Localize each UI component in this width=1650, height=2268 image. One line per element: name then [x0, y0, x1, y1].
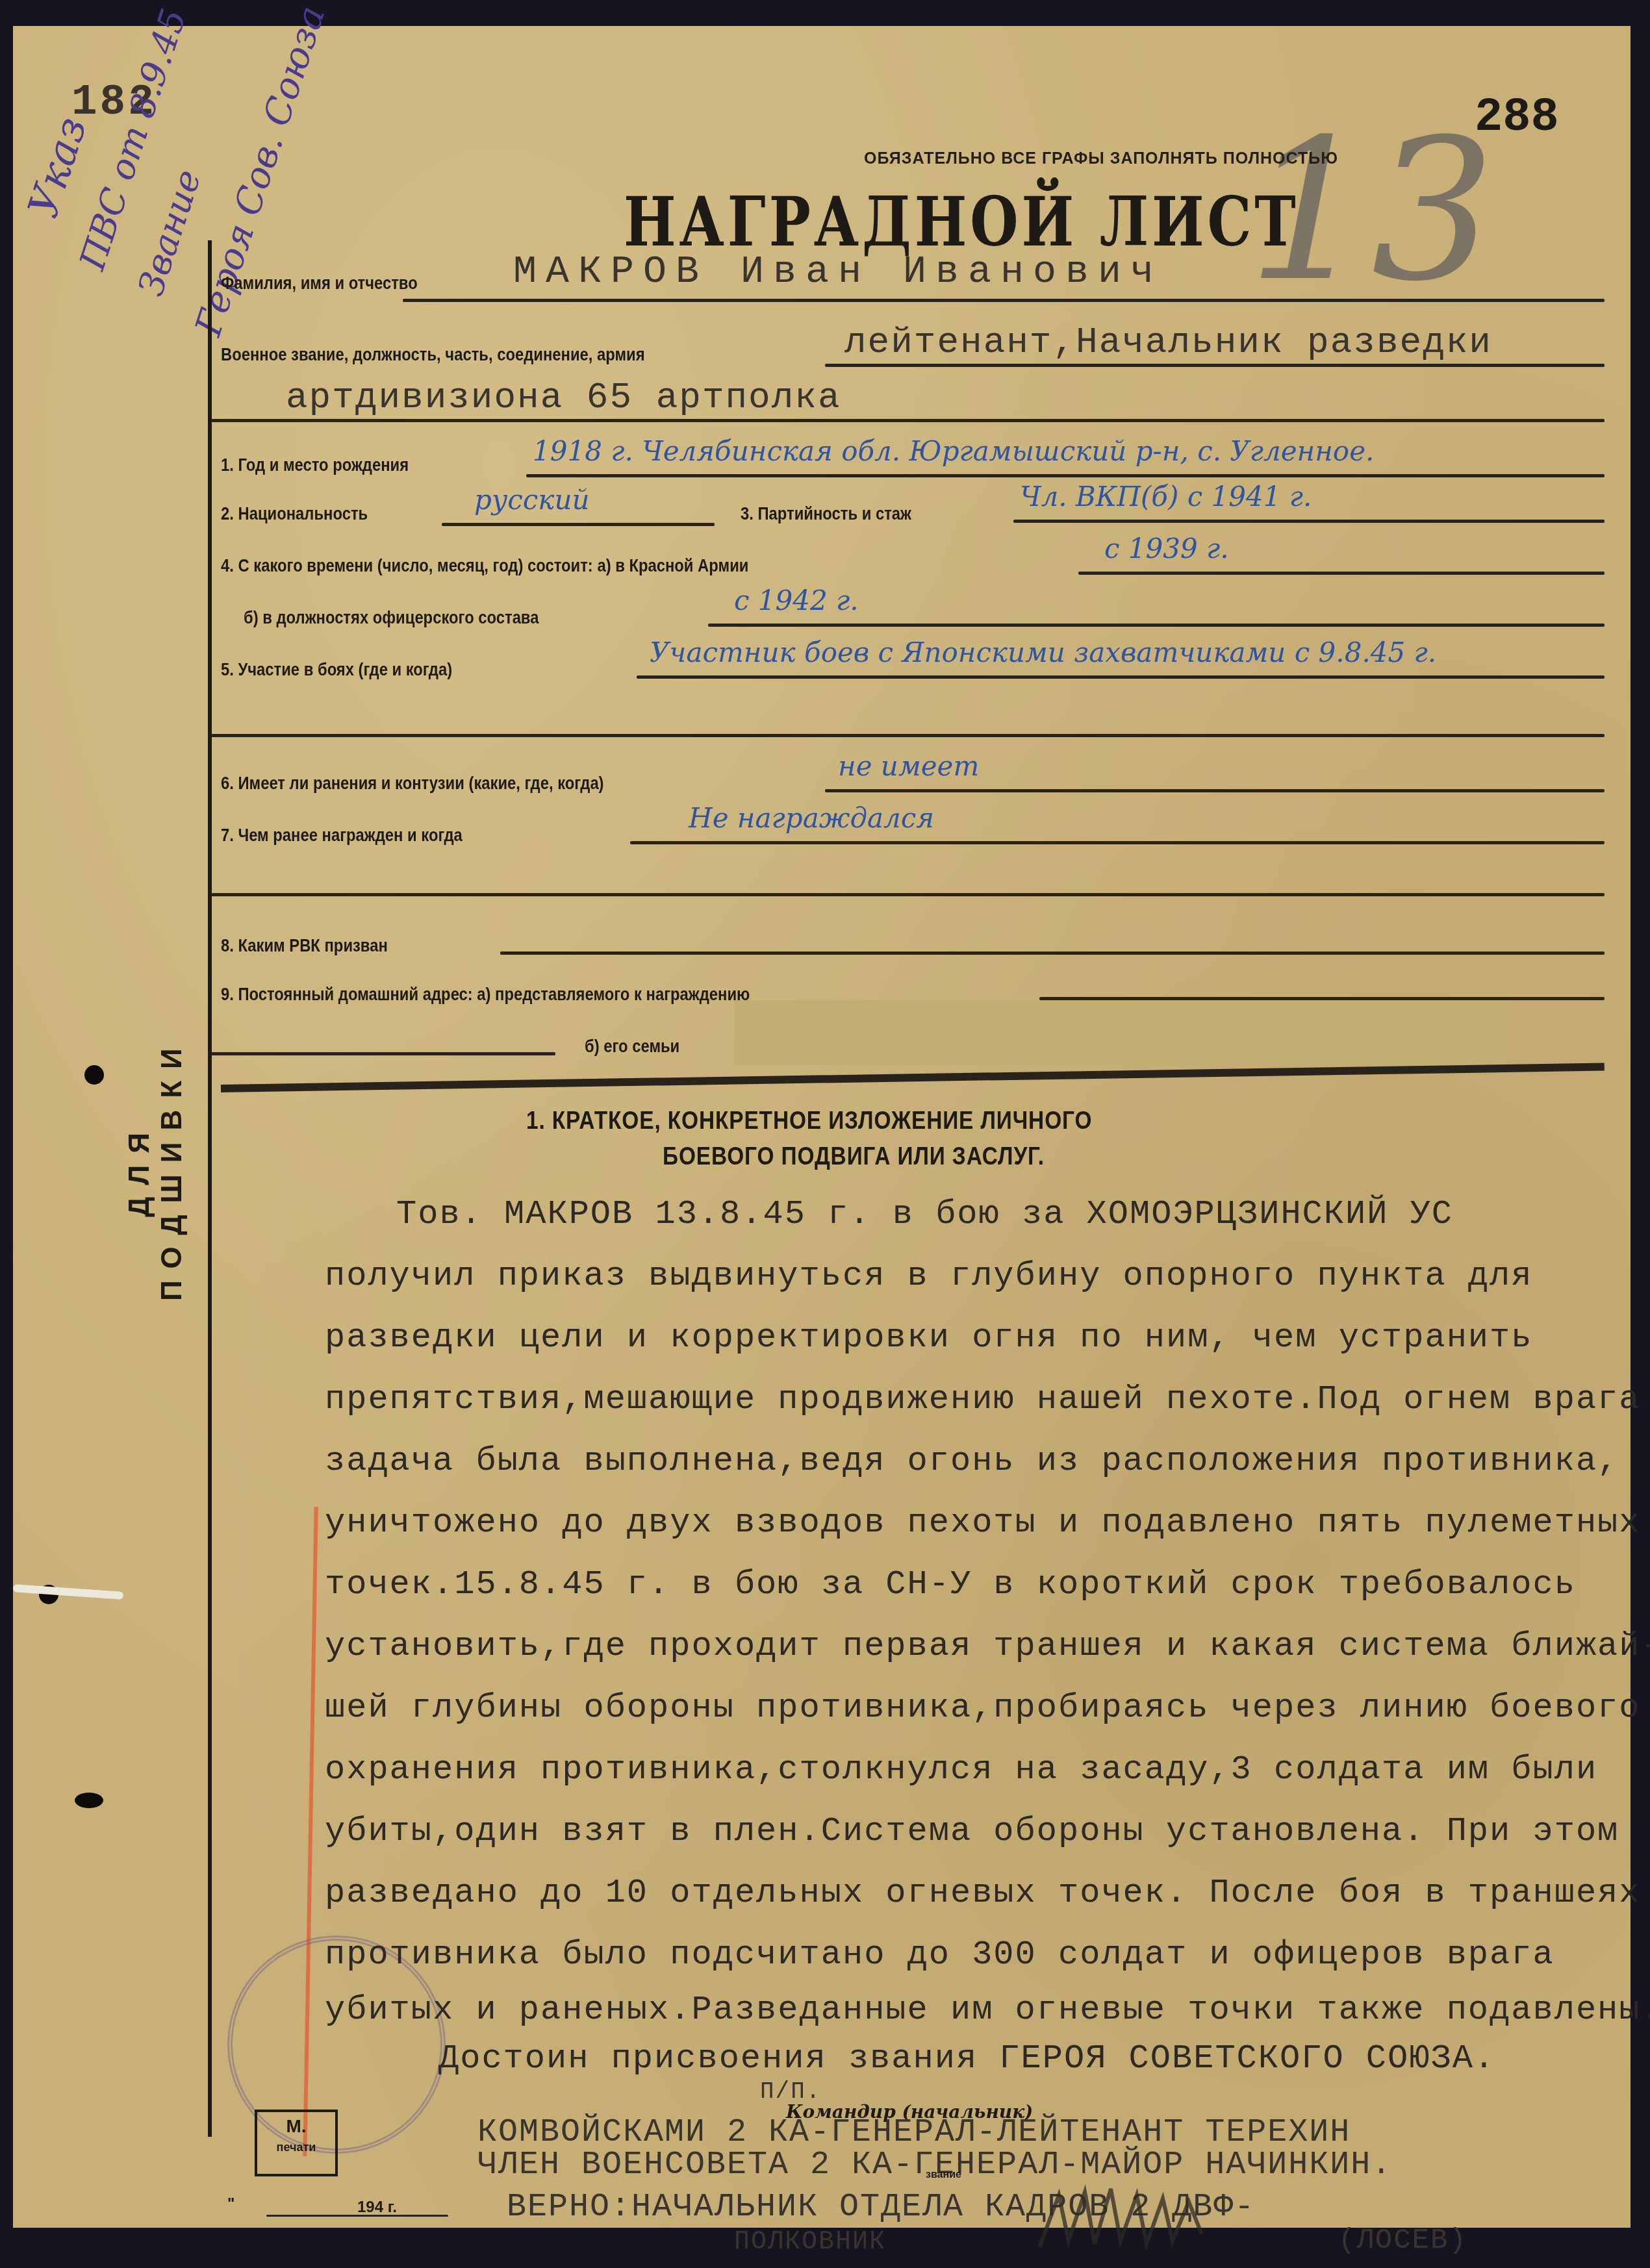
previous-awards-rule: [630, 841, 1605, 844]
nationality-label: 2. Национальность: [221, 503, 368, 524]
birth-label: 1. Год и место рождения: [221, 455, 409, 475]
battles-value: Участник боев с Японскими захватчиками с…: [650, 636, 1436, 668]
nationality-value: русский: [474, 484, 589, 516]
rvk-rule: [500, 951, 1605, 955]
narrative-line: Тов. МАКРОВ 13.8.45 г. в бою за ХОМОЭРЦЗ…: [396, 1195, 1453, 1233]
officer-since-value: с 1942 г.: [734, 585, 859, 616]
address-a-label: 9. Постоянный домашний адрес: а) предста…: [221, 984, 750, 1005]
previous-awards-value: Не награждался: [689, 802, 934, 834]
narrative-line: охранения противника,столкнулся на засад…: [325, 1750, 1597, 1789]
wounds-rule: [825, 789, 1605, 792]
section1-heading-line1: 1. КРАТКОЕ, КОНКРЕТНОЕ ИЗЛОЖЕНИЕ ЛИЧНОГО: [526, 1107, 1092, 1135]
punch-hole-icon: [84, 1065, 104, 1085]
name-value: МАКРОВ Иван Иванович: [513, 250, 1163, 294]
obligatory-note: ОБЯЗАТЕЛЬНО ВСЕ ГРАФЫ ЗАПОЛНЯТЬ ПОЛНОСТЬ…: [864, 149, 1338, 168]
battles-rule: [637, 675, 1605, 679]
narrative-line: разведки цели и корректировки огня по ни…: [325, 1318, 1532, 1357]
narrative-line: задача была выполнена,ведя огонь из расп…: [325, 1442, 1619, 1480]
section1-heading-line2: БОЕВОГО ПОДВИГА ИЛИ ЗАСЛУГ.: [663, 1143, 1045, 1171]
binding-margin-label: ДЛЯ ПОДШИВКИ: [123, 1020, 162, 1318]
signature-scribble: [1033, 2182, 1228, 2254]
narrative-line: установить,где проходит первая траншея и…: [325, 1627, 1650, 1665]
address-b-label: б) его семьи: [585, 1036, 679, 1057]
rvk-label: 8. Каким РВК призван: [221, 935, 388, 956]
binding-margin-line: [208, 240, 212, 2137]
party-value: Чл. ВКП(б) с 1941 г.: [1020, 481, 1312, 512]
battles-rule-2: [211, 734, 1605, 737]
name-label: Фамилия, имя и отчество: [221, 273, 418, 294]
handwritten-note-line: Звание: [130, 165, 209, 301]
previous-awards-label: 7. Чем ранее награжден и когда: [221, 825, 463, 846]
party-rule: [1013, 520, 1605, 523]
wounds-label: 6. Имеет ли ранения и контузии (какие, г…: [221, 773, 604, 794]
rank-rule-2: [211, 419, 1605, 422]
narrative-line: получил приказ выдвинуться в глубину опо…: [325, 1257, 1532, 1295]
previous-awards-rule-2: [211, 893, 1605, 896]
rank-value-line2: артдивизиона 65 артполка: [286, 377, 841, 418]
stamp-place-m: М.: [257, 2112, 335, 2141]
signatory-line4: ПОЛКОВНИК: [734, 2228, 886, 2257]
narrative-line: точек.15.8.45 г. в бою за СН-У в коротки…: [325, 1565, 1576, 1604]
narrative-line: разведано до 10 отдельных огневых точек.…: [325, 1874, 1641, 1912]
name-rule: [403, 299, 1605, 302]
handwritten-note-line: Указ: [19, 111, 97, 223]
date-year: 194 г.: [357, 2199, 397, 2217]
officer-since-label: б) в должностях офицерского состава: [244, 607, 539, 628]
stamp-place-label: печати: [257, 2141, 335, 2154]
wounds-value: не имеет: [838, 750, 979, 782]
rank-value-line1: лейтенант,Начальник разведки: [844, 321, 1492, 363]
date-prefix: ": [227, 2195, 235, 2213]
section-divider: [221, 1063, 1605, 1092]
rank-label: звание: [926, 2169, 961, 2181]
stamp-place-box: М. печати: [255, 2110, 338, 2176]
officer-since-rule: [708, 624, 1605, 627]
punch-hole-icon: [75, 1793, 103, 1808]
signatory-line1: КОМВОЙСКАМИ 2 КА-ГЕНЕРАЛ-ЛЕЙТЕНАНТ ТЕРЕХ…: [477, 2114, 1351, 2151]
narrative-line: убиты,один взят в плен.Система обороны у…: [325, 1812, 1619, 1850]
narrative-line: убитых и раненых.Разведанные им огневые …: [325, 1991, 1650, 2029]
service-since-label: 4. С какого времени (число, месяц, год) …: [221, 555, 748, 576]
birth-rule: [526, 474, 1605, 477]
nationality-rule: [442, 523, 715, 526]
award-sheet: 182 Указ ПВС от 8.9.45 Звание Героя Сов.…: [13, 26, 1631, 2228]
party-label: 3. Партийность и стаж: [741, 503, 911, 524]
narrative-line: Достоин присвоения звания ГЕРОЯ СОВЕТСКО…: [438, 2039, 1495, 2078]
rank-label: Военное звание, должность, часть, соедин…: [221, 344, 645, 365]
battles-label: 5. Участие в боях (где и когда): [221, 659, 452, 680]
service-since-rule: [1078, 572, 1605, 575]
binding-string: [13, 1584, 123, 1600]
redaction-block: [734, 1000, 1507, 1065]
rank-rule: [825, 364, 1605, 367]
narrative-line: препятствия,мешающие продвижению нашей п…: [325, 1380, 1641, 1418]
narrative-line: противника было подсчитано до 300 солдат…: [325, 1935, 1555, 1974]
service-since-value: с 1939 г.: [1104, 533, 1229, 564]
address-b-rule: [211, 1052, 555, 1055]
narrative-line: уничтожено до двух взводов пехоты и пода…: [325, 1504, 1641, 1542]
signatory-name: (ЛОСЕВ): [1338, 2224, 1467, 2257]
narrative-line: шей глубины обороны противника,пробираяс…: [325, 1689, 1641, 1727]
birth-value: 1918 г. Челябинская обл. Юргамышский р-н…: [533, 435, 1374, 467]
